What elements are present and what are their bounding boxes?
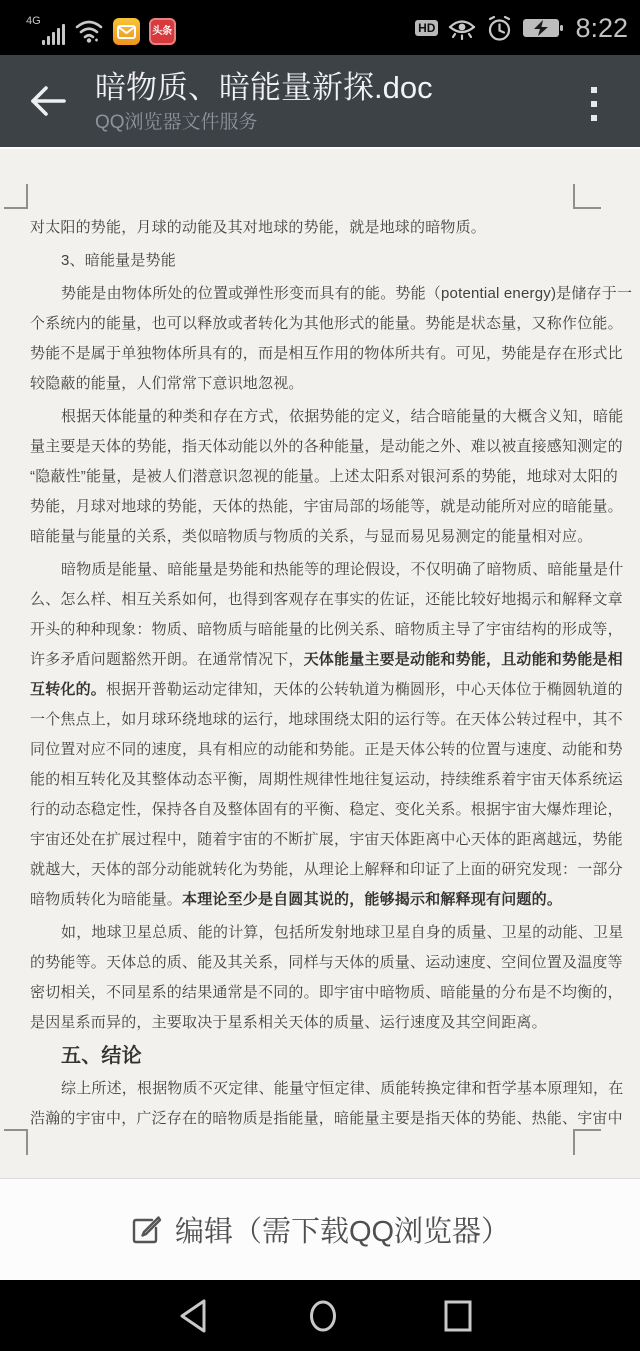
eye-comfort-icon (447, 15, 477, 41)
doc-line: 势能，月球对地球的势能，天体的热能，宇宙局部的场能等，就是动能所对应的暗能量。 (30, 492, 612, 522)
doc-line: 宇宙还处在扩展过程中，随着宇宙的不断扩展，宇宙天体距离中心天体的距离越远，势能 (30, 825, 612, 855)
doc-line: 行的动态稳定性，保持各自及整体固有的平衡、稳定、变化关系。根据宇宙大爆炸理论， (30, 795, 612, 825)
doc-line: 许多矛盾问题豁然开朗。在通常情况下，天体能量主要是动能和势能，且动能和势能是相 (30, 645, 612, 675)
hd-badge: HD (415, 20, 438, 36)
doc-paragraph: 对太阳的势能，月球的动能及其对地球的势能，就是地球的暗物质。 (30, 213, 612, 243)
kebab-menu-icon (591, 87, 597, 93)
page-corner-mark-bottom-left (4, 1129, 28, 1155)
header-text: 暗物质、暗能量新探.doc QQ浏览器文件服务 (95, 68, 555, 136)
doc-paragraph: 根据天体能量的种类和存在方式，依据势能的定义，结合暗能量的大概含义知，暗能量主要… (30, 402, 612, 552)
navigation-bar (0, 1280, 640, 1351)
nav-recents-button[interactable] (413, 1280, 503, 1351)
alarm-icon (486, 15, 513, 42)
document-viewer[interactable]: 对太阳的势能，月球的动能及其对地球的势能，就是地球的暗物质。3、暗能量是势能势能… (0, 147, 640, 1178)
status-bar: 4G 头条 (0, 0, 640, 55)
nav-home-button[interactable] (278, 1280, 368, 1351)
status-right-cluster: HD 8:22 (415, 8, 632, 48)
doc-line: 如，地球卫星总质、能的计算，包括所发射地球卫星自身的质量、卫星的动能、卫星 (30, 918, 612, 948)
doc-line: 五、结论 (30, 1041, 612, 1071)
back-arrow-icon (28, 84, 68, 118)
wifi-icon (74, 16, 104, 46)
phone-screen: 4G 头条 (0, 0, 640, 1351)
doc-line: 暗能量与能量的关系，类似暗物质与物质的关系，与显而易见易测定的能量相对应。 (30, 522, 612, 552)
home-circle-icon (306, 1296, 340, 1336)
back-triangle-icon (176, 1297, 210, 1335)
network-type-label: 4G (26, 16, 41, 27)
battery-charging-icon (522, 17, 564, 39)
doc-line: 3、暗能量是势能 (30, 246, 612, 276)
back-button[interactable] (26, 79, 70, 123)
doc-line: 量主要是天体的势能，指天体动能以外的各种能量，是动能之外、难以被直接感知测定的 (30, 432, 612, 462)
recents-square-icon (442, 1298, 474, 1334)
doc-line: 浩瀚的宇宙中，广泛存在的暗物质是指能量，暗能量主要是指天体的势能、热能、宇宙中 (30, 1104, 612, 1134)
doc-line: 是因星系而异的，主要取决于星系相关天体的质量、运行速度及其空间距离。 (30, 1008, 612, 1038)
nav-back-button[interactable] (148, 1280, 238, 1351)
doc-line: 能的相互转化及其整体动态平衡，周期性规律性地往复运动，持续维系着宇宙天体系统运 (30, 765, 612, 795)
doc-line: 一个焦点上，如月球环绕地球的运行，地球围绕太阳的运行等。在天体公转过程中，其不 (30, 705, 612, 735)
doc-line: 么、怎么样、相互关系如何，也得到客观存在事实的佐证，还能比较好地揭示和解释文章 (30, 585, 612, 615)
doc-line: 势能是由物体所处的位置或弹性形变而具有的能。势能（potential energ… (30, 279, 612, 309)
doc-paragraph: 势能是由物体所处的位置或弹性形变而具有的能。势能（potential energ… (30, 279, 612, 399)
doc-paragraph: 3、暗能量是势能 (30, 246, 612, 276)
doc-line: 暗物质是能量、暗能量是势能和热能等的理论假设，不仅明确了暗物质、暗能量是什 (30, 555, 612, 585)
doc-line: 综上所述，根据物质不灭定律、能量守恒定律、质能转换定律和哲学基本原理知，在 (30, 1074, 612, 1104)
status-left-cluster: 4G 头条 (26, 8, 176, 48)
doc-line: 密切相关，不同星系的结果通常是不同的。即宇宙中暗物质、暗能量的分布是不均衡的， (30, 978, 612, 1008)
qq-mail-icon (113, 18, 140, 45)
doc-line: 势能不是属于单独物体所具有的，而是相互作用的物体所共有。可见，势能是存在形式比 (30, 339, 612, 369)
doc-line: 互转化的。根据开普勒运动定律知，天体的公转轨道为椭圆形，中心天体位于椭圆轨道的 (30, 675, 612, 705)
toutiao-label: 头条 (152, 26, 172, 37)
toutiao-icon: 头条 (149, 18, 176, 45)
doc-text: 对太阳的势能，月球的动能及其对地球的势能，就是地球的暗物质。3、暗能量是势能势能… (30, 213, 612, 1137)
doc-line: 个系统内的能量，也可以释放或者转化为其他形式的能量。势能是状态量，又称作位能。 (30, 309, 612, 339)
doc-paragraph: 暗物质是能量、暗能量是势能和热能等的理论假设，不仅明确了暗物质、暗能量是什么、怎… (30, 555, 612, 915)
doc-line: 就越大，天体的部分动能就转化为势能，从理论上解释和印证了上面的研究发现：一部分 (30, 855, 612, 885)
page-corner-mark-top-right (573, 184, 601, 209)
status-time: 8:22 (575, 15, 628, 42)
doc-line: 较隐蔽的能量，人们常常下意识地忽视。 (30, 369, 612, 399)
doc-heading: 五、结论 (30, 1041, 612, 1071)
document-title: 暗物质、暗能量新探.doc (95, 68, 555, 108)
page-corner-mark-top-left (4, 184, 28, 209)
doc-line: 开头的种种现象：物质、暗物质与暗能量的比例关系、暗物质主导了宇宙结构的形成等， (30, 615, 612, 645)
doc-line: “隐蔽性”能量，是被人们潜意识忽视的能量。上述太阳系对银河系的势能，地球对太阳的 (30, 462, 612, 492)
doc-paragraph: 综上所述，根据物质不灭定律、能量守恒定律、质能转换定律和哲学基本原理知，在浩瀚的… (30, 1074, 612, 1134)
compose-pencil-icon (130, 1214, 162, 1246)
doc-line: 暗物质转化为暗能量。本理论至少是自圆其说的，能够揭示和解释现有问题的。 (30, 885, 612, 915)
app-header: 暗物质、暗能量新探.doc QQ浏览器文件服务 (0, 55, 640, 147)
doc-line: 的势能等。天体总的质、能及其关系，同样与天体的质量、运动速度、空间位置及温度等 (30, 948, 612, 978)
doc-paragraph: 如，地球卫星总质、能的计算，包括所发射地球卫星自身的质量、卫星的动能、卫星的势能… (30, 918, 612, 1038)
doc-line: 同位置对应不同的速度，具有相应的动能和势能。正是天体公转的位置与速度、动能和势 (30, 735, 612, 765)
edit-button-label: 编辑（需下载QQ浏览器） (175, 1209, 510, 1250)
signal-strength-icon: 4G (26, 14, 65, 48)
doc-line: 对太阳的势能，月球的动能及其对地球的势能，就是地球的暗物质。 (30, 213, 612, 243)
doc-line: 根据天体能量的种类和存在方式，依据势能的定义，结合暗能量的大概含义知，暗能 (30, 402, 612, 432)
edit-bar[interactable]: 编辑（需下载QQ浏览器） (0, 1178, 640, 1280)
header-subtitle: QQ浏览器文件服务 (95, 110, 555, 136)
menu-button[interactable] (584, 79, 604, 129)
